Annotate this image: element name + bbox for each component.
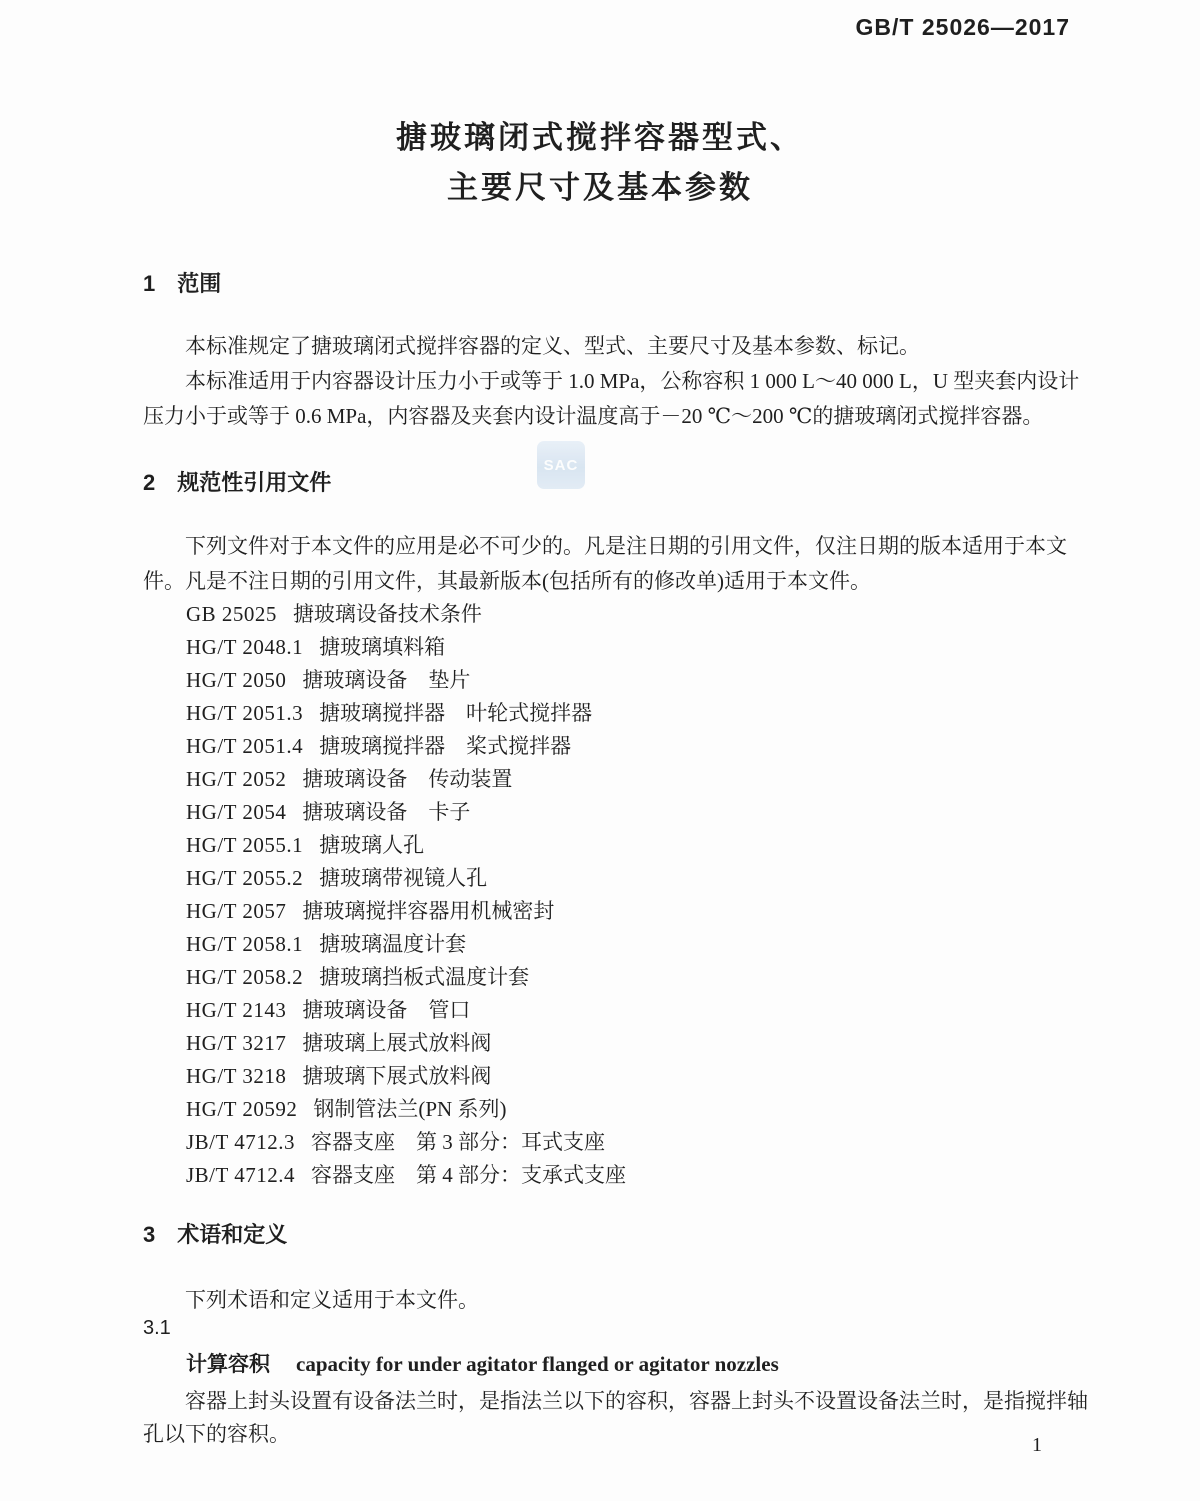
reference-item: HG/T 2058.1搪玻璃温度计套 xyxy=(186,928,626,961)
term-definition-heading: 计算容积capacity for under agitator flanged … xyxy=(186,1349,779,1380)
reference-code: JB/T 4712.4 xyxy=(186,1163,295,1187)
section-3-intro: 下列术语和定义适用于本文件。 xyxy=(143,1283,1069,1318)
reference-title: 搪玻璃设备 管口 xyxy=(302,998,470,1022)
reference-code: HG/T 2051.4 xyxy=(186,734,303,758)
reference-title: 搪玻璃温度计套 xyxy=(319,932,466,956)
reference-item: HG/T 2057搪玻璃搅拌容器用机械密封 xyxy=(186,895,626,928)
reference-code: HG/T 3218 xyxy=(186,1064,286,1088)
reference-title: 搪玻璃人孔 xyxy=(319,833,424,857)
reference-item: JB/T 4712.3容器支座 第 3 部分：耳式支座 xyxy=(186,1126,626,1159)
reference-item: HG/T 20592钢制管法兰(PN 系列) xyxy=(186,1093,626,1126)
reference-item: HG/T 2143搪玻璃设备 管口 xyxy=(186,994,626,1027)
page-number: 1 xyxy=(1032,1434,1042,1457)
section-1-paragraph-1: 本标准规定了搪玻璃闭式搅拌容器的定义、型式、主要尺寸及基本参数、标记。 xyxy=(143,329,1069,364)
reference-code: HG/T 2143 xyxy=(186,998,286,1022)
reference-title: 搪玻璃设备 传动装置 xyxy=(302,767,512,791)
sac-watermark: SAC xyxy=(537,441,585,489)
reference-title: 钢制管法兰(PN 系列) xyxy=(313,1097,506,1121)
section-1-title: 范围 xyxy=(177,271,221,296)
reference-item: HG/T 2050搪玻璃设备 垫片 xyxy=(186,664,626,697)
reference-title: 搪玻璃设备技术条件 xyxy=(293,602,482,626)
reference-item: HG/T 2055.2搪玻璃带视镜人孔 xyxy=(186,862,626,895)
document-title-line2: 主要尺寸及基本参数 xyxy=(0,163,1200,213)
reference-item: HG/T 3218搪玻璃下展式放料阀 xyxy=(186,1060,626,1093)
reference-title: 容器支座 第 3 部分：耳式支座 xyxy=(311,1130,605,1154)
section-2-number: 2 xyxy=(143,470,155,495)
reference-title: 搪玻璃带视镜人孔 xyxy=(319,866,487,890)
reference-title: 搪玻璃搅拌器 桨式搅拌器 xyxy=(319,734,571,758)
reference-code: HG/T 2048.1 xyxy=(186,635,303,659)
term-name-english: capacity for under agitator flanged or a… xyxy=(296,1352,779,1376)
standard-code: GB/T 25026—2017 xyxy=(856,14,1070,41)
reference-title: 搪玻璃上展式放料阀 xyxy=(302,1031,491,1055)
reference-code: GB 25025 xyxy=(186,602,277,626)
reference-title: 搪玻璃挡板式温度计套 xyxy=(319,965,529,989)
reference-title: 搪玻璃设备 垫片 xyxy=(302,668,470,692)
section-1-heading: 1范围 xyxy=(143,271,221,297)
reference-item: HG/T 3217搪玻璃上展式放料阀 xyxy=(186,1027,626,1060)
section-1-paragraph-2-line-2: 压力小于或等于 0.6 MPa，内容器及夹套内设计温度高于－20 ℃～200 ℃… xyxy=(143,399,1069,434)
reference-code: JB/T 4712.3 xyxy=(186,1130,295,1154)
section-3-heading: 3术语和定义 xyxy=(143,1222,287,1248)
reference-item: HG/T 2054搪玻璃设备 卡子 xyxy=(186,796,626,829)
section-3-title: 术语和定义 xyxy=(177,1222,287,1247)
reference-item: HG/T 2055.1搪玻璃人孔 xyxy=(186,829,626,862)
reference-code: HG/T 2057 xyxy=(186,899,286,923)
reference-title: 搪玻璃搅拌容器用机械密封 xyxy=(302,899,554,923)
section-2-paragraph-line-2: 件。凡是不注日期的引用文件，其最新版本(包括所有的修改单)适用于本文件。 xyxy=(143,564,1069,599)
term-name-chinese: 计算容积 xyxy=(186,1353,270,1376)
reference-code: HG/T 2052 xyxy=(186,767,286,791)
references-list: GB 25025搪玻璃设备技术条件 HG/T 2048.1搪玻璃填料箱 HG/T… xyxy=(186,598,626,1192)
reference-code: HG/T 3217 xyxy=(186,1031,286,1055)
reference-item: HG/T 2052搪玻璃设备 传动装置 xyxy=(186,763,626,796)
reference-code: HG/T 2058.1 xyxy=(186,932,303,956)
reference-item: HG/T 2051.3搪玻璃搅拌器 叶轮式搅拌器 xyxy=(186,697,626,730)
section-2-paragraph-line-1: 下列文件对于本文件的应用是必不可少的。凡是注日期的引用文件，仅注日期的版本适用于… xyxy=(143,529,1069,564)
document-title-line1: 搪玻璃闭式搅拌容器型式、 xyxy=(0,113,1200,163)
reference-title: 搪玻璃搅拌器 叶轮式搅拌器 xyxy=(319,701,592,725)
reference-item: HG/T 2058.2搪玻璃挡板式温度计套 xyxy=(186,961,626,994)
section-1-number: 1 xyxy=(143,271,155,296)
reference-code: HG/T 2051.3 xyxy=(186,701,303,725)
reference-code: HG/T 2050 xyxy=(186,668,286,692)
section-2-title: 规范性引用文件 xyxy=(177,470,331,495)
document-page: GB/T 25026—2017 搪玻璃闭式搅拌容器型式、 主要尺寸及基本参数 1… xyxy=(0,0,1200,1501)
reference-code: HG/T 2055.1 xyxy=(186,833,303,857)
section-2-heading: 2规范性引用文件 xyxy=(143,470,331,496)
term-number: 3.1 xyxy=(143,1317,171,1340)
term-definition-line-2: 孔以下的容积。 xyxy=(143,1417,1069,1452)
section-1-paragraph-2-line-1: 本标准适用于内容器设计压力小于或等于 1.0 MPa，公称容积 1 000 L～… xyxy=(143,364,1069,399)
sac-watermark-text: SAC xyxy=(544,457,579,474)
reference-item: GB 25025搪玻璃设备技术条件 xyxy=(186,598,626,631)
reference-item: HG/T 2051.4搪玻璃搅拌器 桨式搅拌器 xyxy=(186,730,626,763)
section-3-number: 3 xyxy=(143,1222,155,1247)
reference-title: 搪玻璃填料箱 xyxy=(319,635,445,659)
term-definition-line-1: 容器上封头设置有设备法兰时，是指法兰以下的容积，容器上封头不设置设备法兰时，是指… xyxy=(143,1384,1069,1419)
document-title: 搪玻璃闭式搅拌容器型式、 主要尺寸及基本参数 xyxy=(0,113,1200,213)
reference-title: 搪玻璃下展式放料阀 xyxy=(302,1064,491,1088)
reference-title: 搪玻璃设备 卡子 xyxy=(302,800,470,824)
reference-item: JB/T 4712.4容器支座 第 4 部分：支承式支座 xyxy=(186,1159,626,1192)
reference-item: HG/T 2048.1搪玻璃填料箱 xyxy=(186,631,626,664)
reference-code: HG/T 20592 xyxy=(186,1097,297,1121)
reference-code: HG/T 2055.2 xyxy=(186,866,303,890)
reference-code: HG/T 2054 xyxy=(186,800,286,824)
reference-code: HG/T 2058.2 xyxy=(186,965,303,989)
reference-title: 容器支座 第 4 部分：支承式支座 xyxy=(311,1163,626,1187)
